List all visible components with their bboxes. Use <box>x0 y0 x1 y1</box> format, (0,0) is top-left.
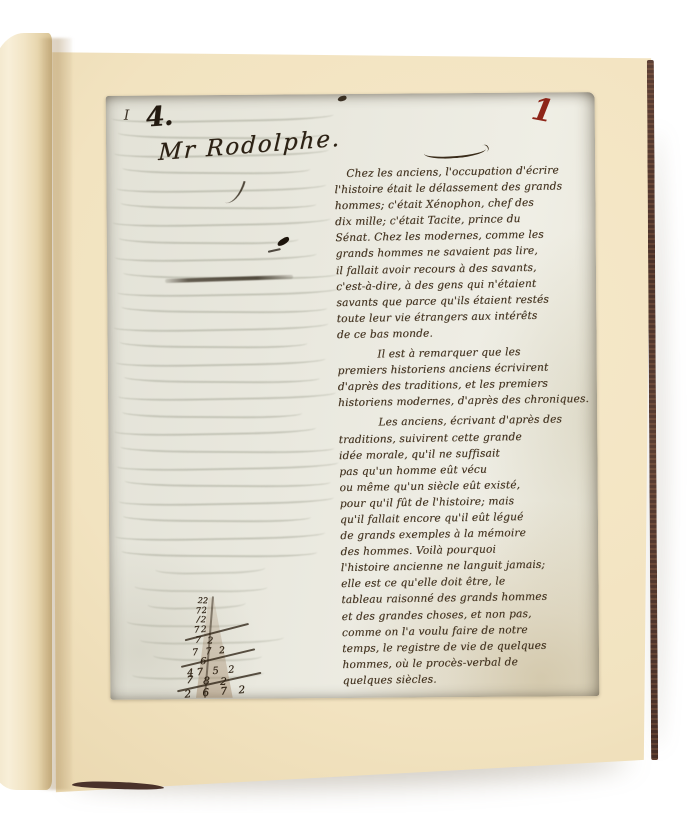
ink-speck <box>337 95 347 102</box>
mounted-manuscript-leaf: I 4. Mr Rodolphe. 1 Chez les anciens, l'… <box>106 92 600 700</box>
ghost-script-line <box>115 527 325 542</box>
doodle-number: 6 <box>200 656 209 667</box>
ghost-script-line <box>114 422 316 437</box>
numeric-spire-doodle: 2272/2727 27 7 2647 5 27 8 22 6 7 2 <box>186 597 243 699</box>
ghost-script-line <box>120 337 308 349</box>
ghost-script-line <box>125 476 331 488</box>
book-gutter-fold <box>38 38 72 790</box>
ghost-script-line <box>123 511 311 523</box>
ghost-script-line <box>115 248 317 263</box>
manuscript-text-column: Chez les anciens, l'occupation d'écrirel… <box>334 162 599 693</box>
ghost-script-line <box>113 213 331 228</box>
ghost-script-line <box>113 318 328 333</box>
ghost-script-line <box>121 545 317 557</box>
ghost-script-line <box>119 232 299 244</box>
manuscript-paragraph: Chez les anciens, l'occupation d'écrirel… <box>334 162 593 343</box>
ghost-script-line <box>118 387 336 402</box>
ghost-script-line <box>120 441 334 453</box>
ghost-script-line <box>116 457 338 472</box>
ghost-script-line <box>122 406 302 418</box>
ghost-script-line <box>155 563 265 576</box>
pen-dash-stroke <box>424 147 487 161</box>
ghost-script-line <box>116 179 326 194</box>
manuscript-paragraph: Les anciens, écrivant d'après destraditi… <box>338 411 599 689</box>
ghost-script-line <box>120 197 316 209</box>
ghost-script-line <box>122 163 310 175</box>
doodle-number: 7 7 2 <box>192 644 228 658</box>
ghost-script-line <box>119 492 334 507</box>
ghost-script-line <box>134 581 267 593</box>
ghost-script-line <box>117 283 339 298</box>
manuscript-text-line: historiens modernes, d'après des chroniq… <box>338 391 594 411</box>
folio-numeral: 4. <box>145 101 174 134</box>
folio-letter: I <box>124 108 130 124</box>
manuscript-text-line: de ce bas monde. <box>337 323 593 343</box>
red-page-number: 1 <box>529 91 556 130</box>
ghost-script-line <box>121 302 327 314</box>
ghost-script-line <box>124 371 320 383</box>
manuscript-paragraph: Il est à remarquer que lespremiers histo… <box>337 343 594 412</box>
manuscript-text-line: quelques siècles. <box>343 669 599 689</box>
ghost-script-line <box>116 353 326 368</box>
photo-of-open-album: I 4. Mr Rodolphe. 1 Chez les anciens, l'… <box>0 0 700 813</box>
